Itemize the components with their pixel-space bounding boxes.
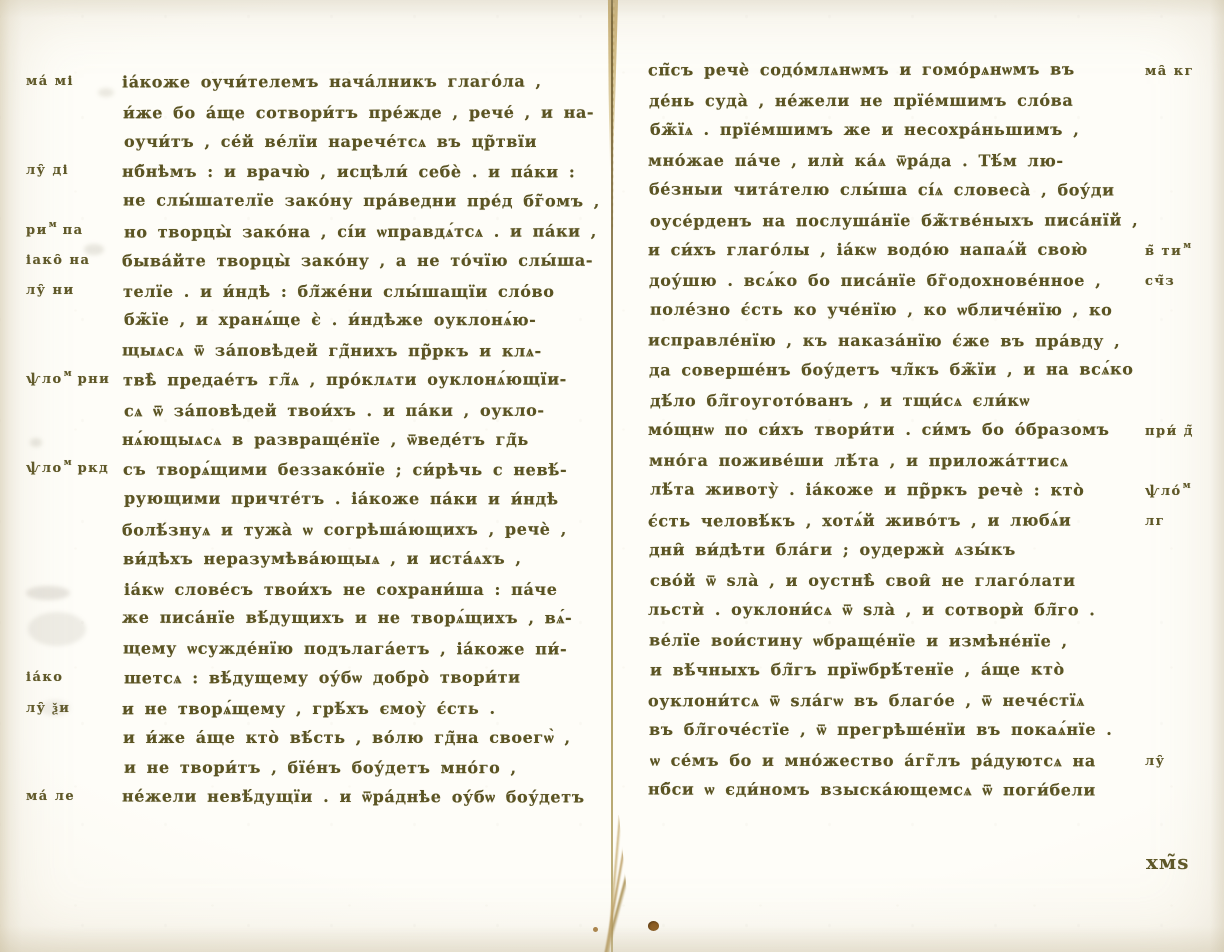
margin-reference-note: сч̃з [1145,274,1175,289]
text-line: мно́жае па́че , илѝ ка́ѧ ѿра́да . Тѣ́м л… [648,151,1064,171]
margin-superscript-letter: м [64,369,72,379]
margin-reference-note: лу̑ ді [26,163,69,178]
text-line: щему ѡсужде́нїю подълага́етъ , іа́коже п… [123,639,567,660]
text-line: съ творѧ́щими беззако́нїе ; си́рѣчь с не… [123,460,567,480]
text-line: и вѣ́чныхъ бл̃гъ прїѡбрѣ́тенїе , а́ще кт… [650,660,1065,681]
margin-superscript-letter: м [49,220,57,230]
margin-reference-note: при́ д̃ [1145,424,1194,439]
text-line: и и́же а́ще кто̀ вѣ́сть , во́лю гд̃на св… [123,728,571,748]
text-line: нб̃нѣмъ : и врачю̀ , исцѣли́ себѐ . и па… [122,162,575,181]
paper-smudge [98,88,114,97]
text-line: є́сть человѣ́къ , хотѧ́й живо́тъ , и люб… [648,511,1071,532]
ink-stain-large [648,921,659,931]
text-line: лѣ́та животу̀ . іа́коже и пр̃ркъ речѐ : … [650,480,1084,500]
margin-reference-note: ѱлом ркд [26,461,109,476]
text-line: но творцы̀ зако́на , сі́и ѡправдѧ́тсѧ . … [124,222,597,243]
text-line: бе́зныи чита́телю слы́ша сі́ѧ словеса̀ ,… [649,180,1115,201]
text-line: оуклони́тсѧ ѿ ѕла́гѡ въ благо́е , ѿ нече… [648,691,1085,711]
margin-reference-note: лг [1145,514,1165,529]
text-line: льстѝ . оуклони́сѧ ѿ ѕла̀ , и сотворѝ бл… [648,600,1096,620]
paper-smudge [28,612,86,646]
text-line: іа́коже оучи́телемъ нача́лникъ глаго́ла … [122,72,542,92]
text-line: не слы́шателїе зако́ну пра́ведни пре́д б… [123,191,600,211]
text-line: доу́шю . всѧ́ко бо писа́нїе бг̃одохнове́… [649,271,1101,291]
text-line: болѣ́знуѧ и тужа̀ ѡ согрѣша́ющихъ , речѐ… [122,520,567,541]
text-line: шетсѧ : вѣ́дущему оу́бѡ добро̀ твори́ти [124,668,521,689]
margin-reference-note: ѱлом рни [26,372,110,387]
paper-smudge [40,700,70,716]
margin-reference-note: іа́ко [26,670,63,685]
margin-superscript-letter: м [64,458,72,468]
paper-smudge [30,438,42,447]
margin-reference-note: ѱло́м [1145,484,1191,499]
margin-reference-note: іако̑ на [26,253,90,268]
text-line: бж̃їе , и хранѧ́ще є̀ . и́ндѣже оуклонѧ́… [124,310,536,330]
text-line: не́жели невѣ́дущїи . и ѿра́днѣе оу́бѡ бо… [122,787,585,808]
text-line: мо́щнѡ по си́хъ твори́ти . си́мъ бо о́бр… [648,420,1109,440]
paper-smudge [26,586,70,600]
text-line: и́же бо а́ще сотвори́тъ пре́жде , рече́ … [123,103,594,122]
margin-reference-note: ма́ ле [26,789,75,804]
text-line: и не твори́тъ , бїе́нъ боу́детъ мно́го , [124,758,517,777]
text-line: твѣ̀ предае́тъ гл̃ѧ , про́клѧти оуклонѧ́… [123,370,567,391]
folio-number: хм̃ѕ [1146,850,1190,874]
margin-reference-note: ма̑ кг [1145,64,1194,79]
text-line: въ бл̃гоче́стїе , ѿ прегрѣше́нїи въ пока… [649,720,1112,740]
gutter-paper-texture-bottom [596,815,648,952]
text-line: нѧ́ющыѧсѧ в развраще́нїе , ѿведе́тъ гд̃ь [122,430,529,450]
text-line: оусе́рденъ на послуша́нїе бж̃тве́ныхъ пи… [650,210,1138,230]
ink-stain-small [593,927,598,932]
text-line: и не творѧ́щему , грѣ́хъ ємоу̀ є́сть . [122,699,496,719]
text-line: поле́зно є́сть ко уче́нїю , ко ѡбличе́нї… [650,300,1112,320]
margin-reference-note: в̃ тим [1145,244,1191,259]
text-line: де́нь суда̀ , не́жели не прїе́мшимъ сло́… [649,91,1073,110]
text-line: оучи́тъ , се́й ве́лїи нарече́тсѧ въ цр̃т… [124,132,537,152]
text-line: сво́й ѿ ѕла̀ , и оустнѣ̀ свои̑ не глаго́… [650,571,1076,591]
text-line: сп̃съ речѐ содо́млѧнѡмъ и гомо́рѧнѡмъ въ [648,60,1075,81]
text-line: да соверше́нъ боу́детъ чл̃къ бж̃їи , и н… [649,359,1134,380]
text-line: нб̃си ѡ єди́номъ взыска́ющемсѧ ѿ поги́бе… [648,780,1096,801]
margin-reference-note: лу̑ [1145,754,1166,769]
margin-reference-note: лу̑ ни [26,283,75,298]
text-line: мно́га поживе́ши лѣ́та , и приложа́ттисѧ [649,451,1069,471]
margin-reference-note: рим па [26,223,84,238]
text-line: ѡ се́мъ бо и мно́жество а́гг̃лъ ра́дуютс… [650,751,1096,771]
gutter-binding-line [611,0,613,952]
book-scan: ма́ мілу̑ дірим паіако̑ налу̑ ниѱлом рни… [0,0,1224,952]
text-line: телїе . и и́ндѣ : бл̃же́ни слы́шащїи сло… [123,282,555,301]
paper-smudge [84,244,104,255]
text-line: исправле́нїю , къ наказа́нїю є́же въ пра… [648,331,1120,351]
text-line: же писа́нїе вѣ́дущихъ и не творѧ́щихъ , … [122,608,572,628]
text-line: іа́кѡ слове́съ твои́хъ не сохрани́ша : п… [124,580,558,600]
margin-reference-note: ма́ мі [26,74,74,89]
margin-superscript-letter: м [1183,241,1191,251]
text-line: быва́йте творцы̀ зако́ну , а не то́чїю с… [122,251,593,270]
text-line: бж̃їѧ . прїе́мшимъ же и несохра́ньшимъ , [650,120,1079,140]
text-line: дни̑ ви́дѣти бла́ги ; оудержѝ ѧзы́къ [649,540,1016,560]
text-line: и си́хъ глаго́лы , іа́кѡ водо́ю напаѧ́й … [648,240,1088,260]
margin-superscript-letter: м [1183,481,1191,491]
text-line: щыѧсѧ ѿ за́повѣдей гд̃нихъ пр̃ркъ и клѧ- [122,341,542,362]
text-line: ви́дѣхъ неразумѣва́ющыѧ , и иста́ѧхъ , [123,549,522,569]
text-line: ве́лїе вои́стину ѡбраще́нїе и измѣне́нїе… [649,631,1068,652]
text-line: рующими причте́тъ . іа́коже па́ки и и́нд… [124,489,559,509]
text-line: сѧ ѿ за́повѣдей твои́хъ . и па́ки , оукл… [124,401,545,421]
text-line: дѣ́ло бл̃гоугото́ванъ , и тщи́сѧ єли́кѡ [650,391,1030,411]
